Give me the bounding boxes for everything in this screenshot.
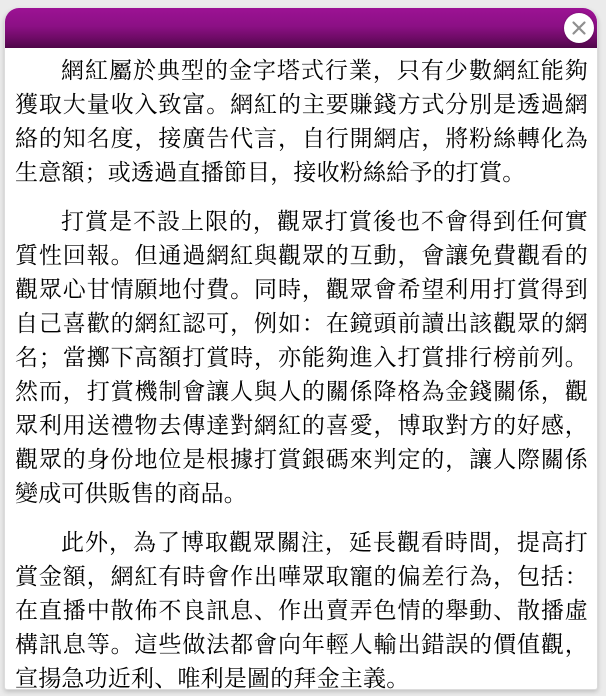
dialog-header — [5, 8, 597, 48]
dialog-body: 網紅屬於典型的金字塔式行業，只有少數網紅能夠獲取大量收入致富。網紅的主要賺錢方式… — [5, 48, 597, 695]
paragraph-intro: 網紅屬於典型的金字塔式行業，只有少數網紅能夠獲取大量收入致富。網紅的主要賺錢方式… — [15, 53, 588, 189]
close-button[interactable] — [564, 13, 594, 43]
close-icon — [571, 20, 587, 36]
info-dialog: 網紅屬於典型的金字塔式行業，只有少數網紅能夠獲取大量收入致富。網紅的主要賺錢方式… — [4, 8, 598, 690]
page-background: { "modal": { "header": { "close_label": … — [0, 0, 606, 696]
paragraph-misbehavior: 此外，為了博取觀眾關注，延長觀看時間，提高打賞金額，網紅有時會作出嘩眾取寵的偏差… — [15, 525, 588, 695]
paragraph-tipping: 打賞是不設上限的，觀眾打賞後也不會得到任何實質性回報。但通過網紅與觀眾的互動，會… — [15, 204, 588, 510]
